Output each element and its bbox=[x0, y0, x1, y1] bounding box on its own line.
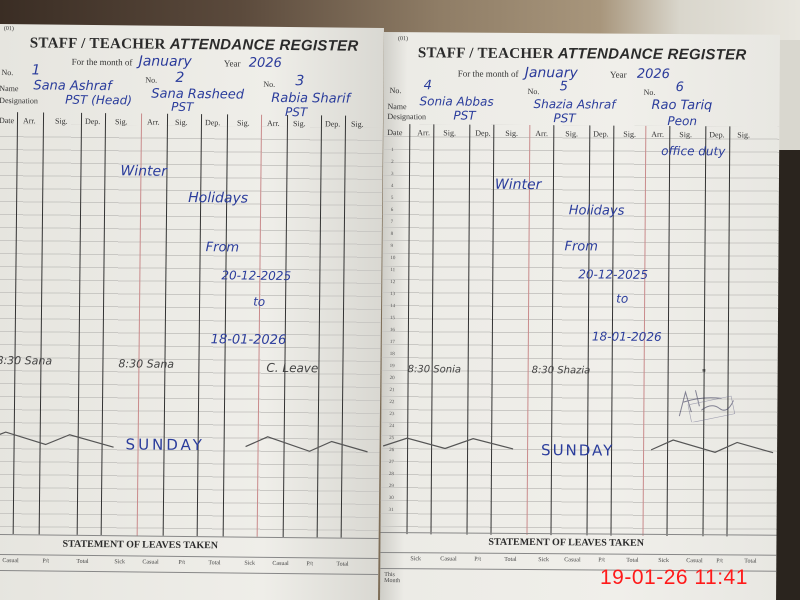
page-marker: (01) bbox=[398, 36, 408, 42]
ruled-lines bbox=[0, 124, 383, 538]
staff-designation-1: PST (Head) bbox=[65, 93, 132, 108]
staff-designation-5: PST bbox=[553, 111, 575, 125]
col-date: Date bbox=[0, 116, 14, 125]
photo-timestamp: 19-01-26 11:41 bbox=[600, 566, 748, 590]
entry-day19-staff5: 8:30 Shazia bbox=[532, 365, 591, 376]
staff-no-5: 5 bbox=[560, 79, 568, 94]
entry-day19-staff1: 8:30 Sana bbox=[0, 354, 52, 368]
entry-day19-staff2: 8:30 Sana bbox=[118, 357, 174, 371]
staff-name-3: Rabia Sharif bbox=[271, 91, 350, 107]
year-value: 2026 bbox=[637, 67, 670, 82]
note-winter: Winter bbox=[495, 177, 542, 193]
ruled-lines bbox=[380, 124, 779, 537]
leaves-title: STATEMENT OF LEAVES TAKEN bbox=[62, 539, 218, 552]
page-marker: (01) bbox=[4, 26, 14, 32]
staff-designation-3: PST bbox=[285, 105, 307, 119]
staff-name-6: Rao Tariq bbox=[651, 98, 712, 113]
note-from-date: 20-12-2025 bbox=[221, 268, 291, 283]
staff-designation-4: PST bbox=[453, 108, 475, 122]
staff-name-5: Shazia Ashraf bbox=[533, 97, 615, 112]
month-line: For the month of January Year 2026 bbox=[72, 53, 282, 71]
leaves-row-label: This Month bbox=[384, 572, 404, 584]
col-date: Date bbox=[387, 128, 402, 137]
register-title: STAFF / TEACHER ATTENDANCE REGISTER bbox=[418, 44, 747, 64]
month-value: January bbox=[139, 53, 192, 70]
leaves-title: STATEMENT OF LEAVES TAKEN bbox=[488, 537, 644, 549]
register-page-right: (01) STAFF / TEACHER ATTENDANCE REGISTER… bbox=[380, 32, 780, 600]
note-holidays: Holidays bbox=[569, 203, 625, 218]
note-sunday: SUNDAY bbox=[126, 435, 205, 454]
note-to: to bbox=[616, 292, 628, 306]
note-to-date: 18-01-2026 bbox=[211, 332, 287, 348]
note-holidays: Holidays bbox=[188, 190, 248, 207]
note-office-duty: office duty bbox=[661, 144, 725, 158]
month-value: January bbox=[525, 65, 578, 81]
note-from: From bbox=[206, 240, 240, 255]
entry-day19-staff3: C. Leave bbox=[266, 361, 318, 376]
register-page-left: (01) STAFF / TEACHER ATTENDANCE REGISTER… bbox=[0, 24, 384, 600]
staff-no-2: 2 bbox=[175, 70, 184, 86]
staff-name-4: Sonia Abbas bbox=[419, 94, 493, 109]
signature-stamp bbox=[671, 382, 737, 422]
staff-no-1: 1 bbox=[31, 62, 40, 78]
year-value: 2026 bbox=[249, 56, 282, 71]
staff-name-2: Sana Rasheed bbox=[151, 87, 244, 103]
note-from: From bbox=[564, 239, 598, 254]
entry-day19-staff4: 8:30 Sonia bbox=[408, 364, 461, 375]
note-winter: Winter bbox=[120, 163, 167, 179]
staff-designation-2: PST bbox=[171, 100, 193, 114]
note-to-date: 18-01-2026 bbox=[592, 329, 662, 343]
note-from-date: 20-12-2025 bbox=[578, 267, 648, 281]
staff-designation-6: Peon bbox=[667, 114, 697, 128]
ditto-mark: " bbox=[702, 368, 707, 379]
staff-no-6: 6 bbox=[676, 80, 684, 95]
staff-no-4: 4 bbox=[424, 78, 432, 93]
note-to: to bbox=[253, 295, 265, 309]
staff-no-3: 3 bbox=[295, 73, 304, 89]
note-sunday: SUNDAY bbox=[541, 441, 614, 460]
